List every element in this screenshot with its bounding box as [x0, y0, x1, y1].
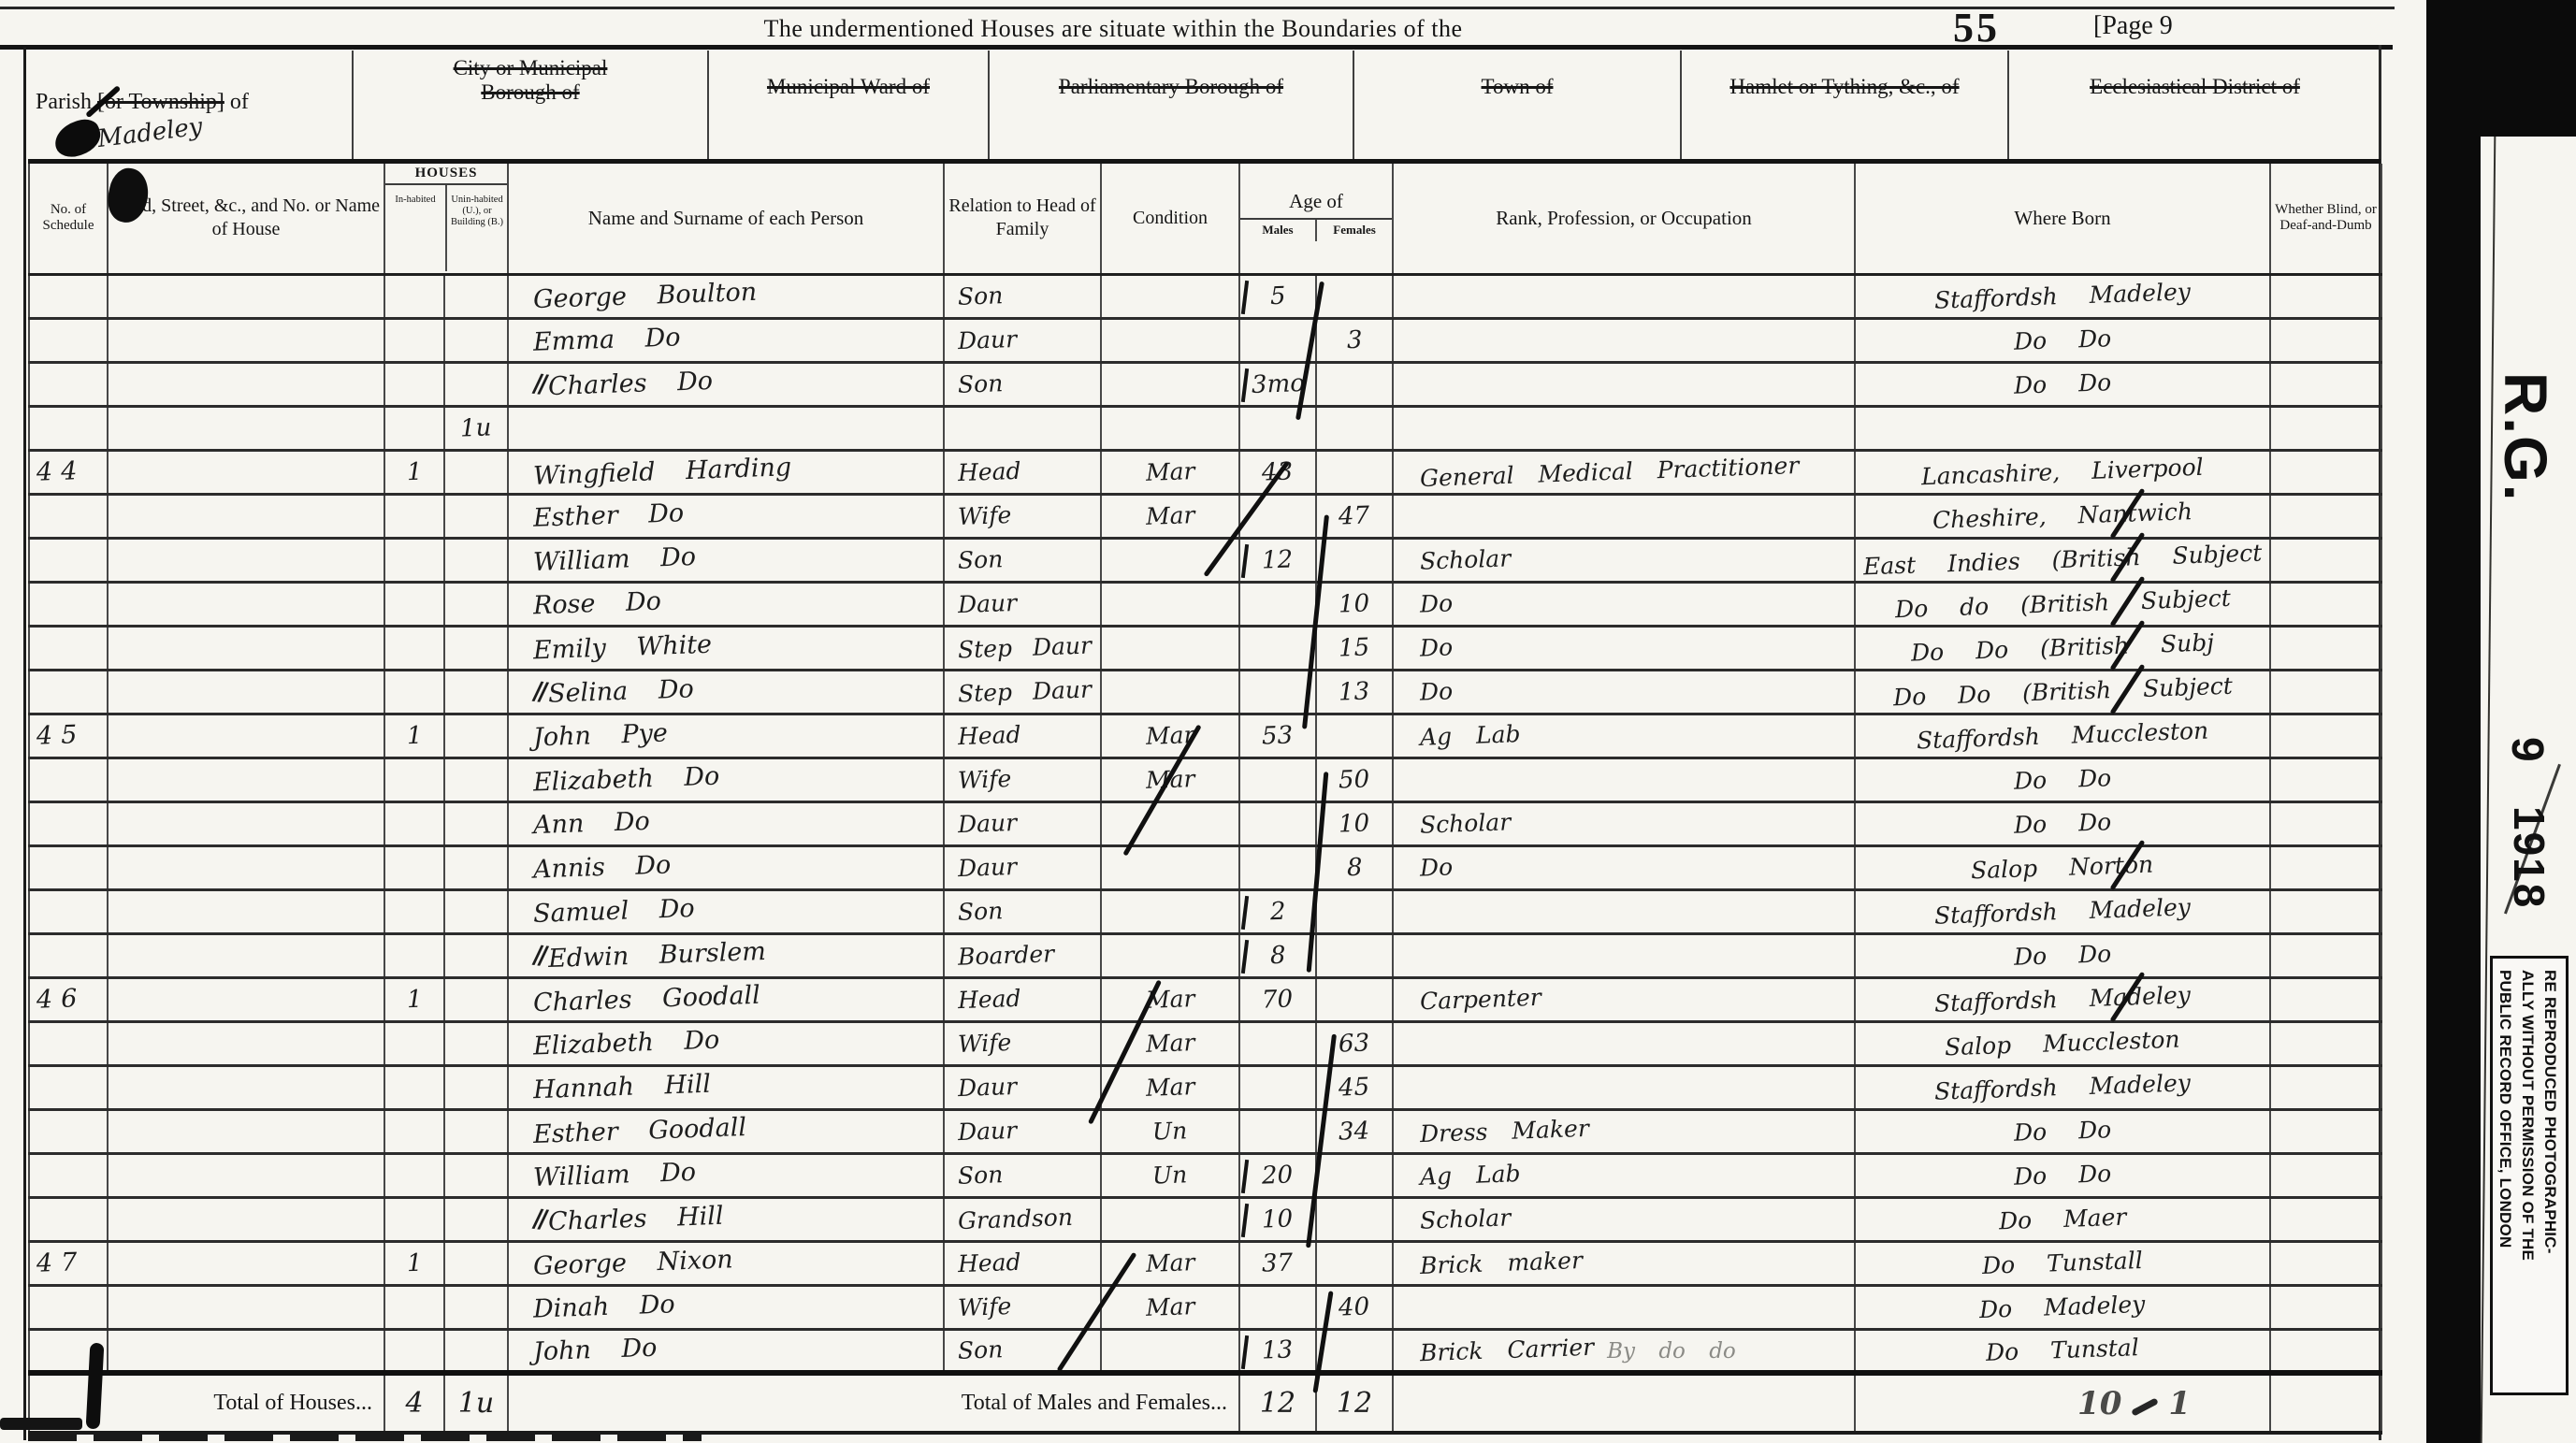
cell-inhabited	[384, 274, 444, 318]
cell-inhabited	[384, 318, 444, 362]
cell-age_m	[1239, 318, 1316, 362]
cell-inhabited	[384, 1021, 444, 1065]
cell-uninhabited	[444, 450, 508, 494]
cell-occupation: Do	[1393, 670, 1855, 714]
col-age-males: Males	[1240, 220, 1317, 241]
cell-age_f: 10	[1316, 582, 1393, 626]
boundary-header-row: Parish [or Township] of Madeley City or …	[28, 51, 2381, 164]
cell-relation: Son	[944, 538, 1101, 582]
cell-born: Salop Norton	[1855, 845, 2270, 889]
cell-name: Wingfield Harding	[508, 450, 944, 494]
col-condition: Condition	[1101, 164, 1239, 274]
person-row: Elizabeth DoWifeMar63Salop Muccleston	[29, 1021, 2381, 1065]
cell-age_m: 8	[1239, 933, 1316, 977]
cell-infirmity	[2270, 582, 2381, 626]
cell-relation: Daur	[944, 845, 1101, 889]
cell-infirmity	[2270, 801, 2381, 845]
cell-born: Staffordsh Madeley	[1855, 1065, 2270, 1109]
cell-born: Do Do	[1855, 1153, 2270, 1197]
cell-infirmity	[2270, 494, 2381, 538]
col-road: Road, Street, &c., and No. or Name of Ho…	[108, 164, 384, 274]
cell-born: Do Do	[1855, 318, 2270, 362]
cell-occupation: Carpenter	[1393, 977, 1855, 1021]
cell-name: William Do	[508, 1153, 944, 1197]
cell-occupation	[1393, 1021, 1855, 1065]
copyright-notice: RE REPRODUCED PHOTOGRAPHIC- ALLY WITHOUT…	[2490, 956, 2569, 1395]
cell-inhabited: 1	[384, 977, 444, 1021]
cell-name: Samuel Do	[508, 889, 944, 933]
cell-schedule	[29, 1021, 108, 1065]
cell-schedule	[29, 1285, 108, 1329]
cell-uninhabited	[444, 1241, 508, 1285]
cell-inhabited	[384, 758, 444, 801]
cell-born: Do Do (British Subject	[1855, 670, 2270, 714]
page-title: The undermentioned Houses are situate wi…	[561, 15, 1665, 43]
person-row: John DoSon13Brick CarrierBy do doDo Tuns…	[29, 1329, 2381, 1373]
person-row: Annis DoDaur8DoSalop Norton	[29, 845, 2381, 889]
cell-name: George Boulton	[508, 274, 944, 318]
cell-infirmity	[2270, 1065, 2381, 1109]
cell-born: Staffordsh Madeley	[1855, 977, 2270, 1021]
cell-road	[108, 933, 384, 977]
person-row: Esther GoodallDaurUn34Dress MakerDo Do	[29, 1109, 2381, 1153]
cell-road	[108, 889, 384, 933]
cell-name: //Charles Do	[508, 362, 944, 406]
cell-born: Do do (British Subject	[1855, 582, 2270, 626]
cell-road	[108, 801, 384, 845]
column-headers: No. of Schedule Road, Street, &c., and N…	[29, 164, 2381, 274]
cell-schedule	[29, 1197, 108, 1241]
cell-relation	[944, 406, 1101, 450]
cell-age_f: 63	[1316, 1021, 1393, 1065]
cell-schedule	[29, 406, 108, 450]
cell-infirmity	[2270, 977, 2381, 1021]
cell-condition	[1101, 845, 1239, 889]
cell-infirmity	[2270, 1197, 2381, 1241]
col-uninhabited: Unin-habited (U.), or Building (B.)	[447, 185, 507, 271]
cell-relation: Son	[944, 1153, 1101, 1197]
cell-condition	[1101, 362, 1239, 406]
cell-occupation: Ag Lab	[1393, 714, 1855, 758]
cell-inhabited: 1	[384, 714, 444, 758]
cell-occupation: General Medical Practitioner	[1393, 450, 1855, 494]
cell-road	[108, 1109, 384, 1153]
cell-name: John Do	[508, 1329, 944, 1373]
cell-schedule	[29, 1153, 108, 1197]
cell-name	[508, 406, 944, 450]
cell-inhabited	[384, 1153, 444, 1197]
totals-infirmity-blank	[2270, 1373, 2381, 1433]
cell-schedule	[29, 362, 108, 406]
age-group-label: Age of	[1240, 164, 1392, 218]
cell-condition	[1101, 406, 1239, 450]
cell-infirmity	[2270, 626, 2381, 670]
census-table: No. of Schedule Road, Street, &c., and N…	[28, 164, 2382, 1435]
person-row: //Charles DoSon3moDo Do	[29, 362, 2381, 406]
cell-name: Elizabeth Do	[508, 1021, 944, 1065]
cell-uninhabited	[444, 1197, 508, 1241]
pencil-number-left: 10	[2077, 1385, 2121, 1422]
person-row: Emma DoDaur3Do Do	[29, 318, 2381, 362]
cell-relation: Daur	[944, 801, 1101, 845]
col-where-born: Where Born	[1855, 164, 2270, 274]
cell-road	[108, 1153, 384, 1197]
col-infirmity: Whether Blind, or Deaf-and-Dumb	[2270, 164, 2381, 274]
cell-born: Cheshire, Nantwich	[1855, 494, 2270, 538]
cell-age_f	[1316, 1153, 1393, 1197]
cell-name: Esther Do	[508, 494, 944, 538]
cell-uninhabited: 1u	[444, 406, 508, 450]
person-row: Ann DoDaur10ScholarDo Do	[29, 801, 2381, 845]
parish-label: Parish [or Township] of	[36, 65, 352, 115]
cell-infirmity	[2270, 1109, 2381, 1153]
cell-infirmity	[2270, 889, 2381, 933]
cell-born: Staffordsh Madeley	[1855, 274, 2270, 318]
cell-relation: Step Daur	[944, 626, 1101, 670]
person-row: 461Charles GoodallHeadMar70CarpenterStaf…	[29, 977, 2381, 1021]
cell-relation: Wife	[944, 494, 1101, 538]
cell-born: Do Do	[1855, 1109, 2270, 1153]
cell-age_f: 8	[1316, 845, 1393, 889]
cell-infirmity	[2270, 714, 2381, 758]
cell-relation: Step Daur	[944, 670, 1101, 714]
cell-schedule	[29, 538, 108, 582]
col-inhabited: In-habited	[385, 185, 447, 271]
district-cell-parliamentary-borough: Parliamentary Borough of	[990, 51, 1354, 159]
cell-condition	[1101, 933, 1239, 977]
cell-age_m	[1239, 406, 1316, 450]
cell-relation: Wife	[944, 1021, 1101, 1065]
district-cell-town: Town of	[1354, 51, 1682, 159]
cell-uninhabited	[444, 670, 508, 714]
cell-age_f	[1316, 1197, 1393, 1241]
cell-infirmity	[2270, 274, 2381, 318]
cell-age_f	[1316, 538, 1393, 582]
cell-uninhabited	[444, 1329, 508, 1373]
cell-uninhabited	[444, 758, 508, 801]
cell-age_f	[1316, 450, 1393, 494]
cell-occupation: Do	[1393, 845, 1855, 889]
cell-road	[108, 845, 384, 889]
cell-born: Salop Muccleston	[1855, 1021, 2270, 1065]
cell-relation: Head	[944, 450, 1101, 494]
cell-age_m: 2	[1239, 889, 1316, 933]
cell-born: Do Do	[1855, 758, 2270, 801]
district-cell-ecclesiastical: Ecclesiastical District of	[2009, 51, 2381, 159]
person-row: //Charles HillGrandson10ScholarDo Maer	[29, 1197, 2381, 1241]
cell-schedule: 45	[29, 714, 108, 758]
title-band: The undermentioned Houses are situate wi…	[0, 9, 2395, 47]
cell-schedule	[29, 845, 108, 889]
person-row: //Selina DoStep Daur13DoDo Do (British S…	[29, 670, 2381, 714]
cell-road	[108, 1021, 384, 1065]
cell-relation: Daur	[944, 582, 1101, 626]
cell-inhabited	[384, 538, 444, 582]
cell-born: Do Do	[1855, 362, 2270, 406]
cell-inhabited	[384, 1109, 444, 1153]
person-row: 451John PyeHeadMar53Ag LabStaffordsh Muc…	[29, 714, 2381, 758]
cell-inhabited	[384, 889, 444, 933]
cell-name: Dinah Do	[508, 1285, 944, 1329]
cell-occupation	[1393, 318, 1855, 362]
cell-age_f	[1316, 889, 1393, 933]
cell-road	[108, 1197, 384, 1241]
cell-condition	[1101, 1329, 1239, 1373]
cell-infirmity	[2270, 1285, 2381, 1329]
cell-schedule: 44	[29, 450, 108, 494]
cell-infirmity	[2270, 406, 2381, 450]
person-row: Esther DoWifeMar47Cheshire, Nantwich	[29, 494, 2381, 538]
cell-road	[108, 626, 384, 670]
district-cell-municipal-ward: Municipal Ward of	[709, 51, 990, 159]
cell-name: George Nixon	[508, 1241, 944, 1285]
cell-born: Do Tunstal	[1855, 1329, 2270, 1373]
cell-name: Annis Do	[508, 845, 944, 889]
cell-born: Do Tunstall	[1855, 1241, 2270, 1285]
cell-road	[108, 538, 384, 582]
cell-road	[108, 318, 384, 362]
cell-age_f	[1316, 406, 1393, 450]
cell-relation: Wife	[944, 1285, 1101, 1329]
cell-name: //Edwin Burslem	[508, 933, 944, 977]
cell-age_m	[1239, 1021, 1316, 1065]
folio-number: 55	[1953, 4, 2000, 51]
cell-age_f	[1316, 362, 1393, 406]
cell-occupation	[1393, 1285, 1855, 1329]
cell-name: Hannah Hill	[508, 1065, 944, 1109]
cell-name: Ann Do	[508, 801, 944, 845]
cell-born: Do Maer	[1855, 1197, 2270, 1241]
piece-number: 1918	[2504, 806, 2554, 909]
cell-inhabited	[384, 801, 444, 845]
cell-road	[108, 714, 384, 758]
cell-uninhabited	[444, 538, 508, 582]
person-row: Hannah HillDaurMar45Staffordsh Madeley	[29, 1065, 2381, 1109]
cell-born: Lancashire, Liverpool	[1855, 450, 2270, 494]
cell-occupation	[1393, 362, 1855, 406]
cell-infirmity	[2270, 1241, 2381, 1285]
person-row: //Edwin BurslemBoarder8Do Do	[29, 933, 2381, 977]
person-row: 1u	[29, 406, 2381, 450]
cell-age_m: 12	[1239, 538, 1316, 582]
cell-schedule	[29, 889, 108, 933]
cell-age_m	[1239, 845, 1316, 889]
pen-stroke	[2131, 1398, 2159, 1417]
cell-condition	[1101, 274, 1239, 318]
person-row: Samuel DoSon2Staffordsh Madeley	[29, 889, 2381, 933]
cell-condition: Un	[1101, 1153, 1239, 1197]
cell-infirmity	[2270, 362, 2381, 406]
cell-schedule	[29, 494, 108, 538]
cell-age_m	[1239, 758, 1316, 801]
cell-occupation: Dress Maker	[1393, 1109, 1855, 1153]
cell-road	[108, 494, 384, 538]
cell-infirmity	[2270, 538, 2381, 582]
cell-infirmity	[2270, 670, 2381, 714]
cell-road	[108, 1241, 384, 1285]
col-relation: Relation to Head of Family	[944, 164, 1101, 274]
pencil-tally: 101	[1855, 1373, 2270, 1433]
copyright-notice-line: RE REPRODUCED PHOTOGRAPHIC-	[2539, 970, 2561, 1381]
cell-inhabited	[384, 1329, 444, 1373]
person-row: Dinah DoWifeMar40Do Madeley	[29, 1285, 2381, 1329]
cell-born: Staffordsh Madeley	[1855, 889, 2270, 933]
cell-road	[108, 1285, 384, 1329]
cell-uninhabited	[444, 977, 508, 1021]
cell-occupation: Do	[1393, 626, 1855, 670]
cell-schedule	[29, 801, 108, 845]
pencil-note: By do do	[1607, 1339, 1736, 1364]
cell-occupation	[1393, 933, 1855, 977]
cell-name: //Charles Hill	[508, 1197, 944, 1241]
cell-age_m	[1239, 1109, 1316, 1153]
totals-row: Total of Houses... 4 1u Total of Males a…	[29, 1373, 2381, 1433]
total-males-females-label: Total of Males and Females...	[508, 1373, 1239, 1433]
cell-age_f	[1316, 714, 1393, 758]
cell-occupation	[1393, 758, 1855, 801]
rg-series-label: R.G.	[2491, 372, 2560, 503]
total-females: 12	[1316, 1373, 1393, 1433]
cell-condition: Mar	[1101, 450, 1239, 494]
cell-inhabited	[384, 1197, 444, 1241]
cell-inhabited: 1	[384, 450, 444, 494]
cell-schedule	[29, 933, 108, 977]
cell-inhabited	[384, 845, 444, 889]
cell-infirmity	[2270, 758, 2381, 801]
cell-infirmity	[2270, 450, 2381, 494]
cell-relation: Boarder	[944, 933, 1101, 977]
cell-relation: Son	[944, 889, 1101, 933]
cell-name: Emily White	[508, 626, 944, 670]
cell-condition	[1101, 582, 1239, 626]
cell-schedule	[29, 758, 108, 801]
cell-occupation: Brick CarrierBy do do	[1393, 1329, 1855, 1373]
cell-occupation	[1393, 494, 1855, 538]
cell-schedule	[29, 1109, 108, 1153]
copyright-notice-line: ALLY WITHOUT PERMISSION OF THE	[2516, 970, 2539, 1381]
cell-uninhabited	[444, 362, 508, 406]
cell-infirmity	[2270, 318, 2381, 362]
cell-relation: Son	[944, 274, 1101, 318]
cell-road	[108, 450, 384, 494]
cell-uninhabited	[444, 845, 508, 889]
film-strip	[2426, 0, 2481, 1443]
cell-infirmity	[2270, 845, 2381, 889]
cell-name: //Selina Do	[508, 670, 944, 714]
cell-age_m	[1239, 582, 1316, 626]
cell-age_m	[1239, 1065, 1316, 1109]
cell-schedule	[29, 670, 108, 714]
cell-schedule	[29, 274, 108, 318]
cell-age_m: 10	[1239, 1197, 1316, 1241]
total-houses-inhabited: 4	[384, 1373, 444, 1433]
census-rows: George BoultonSon5Staffordsh MadeleyEmma…	[29, 274, 2381, 1373]
col-age-females: Females	[1317, 220, 1392, 241]
cell-infirmity	[2270, 1329, 2381, 1373]
cell-born: Do Do	[1855, 801, 2270, 845]
cell-inhabited	[384, 1065, 444, 1109]
cell-uninhabited	[444, 582, 508, 626]
cell-inhabited	[384, 626, 444, 670]
cell-condition: Mar	[1101, 1241, 1239, 1285]
cell-road	[108, 758, 384, 801]
cell-age_f	[1316, 977, 1393, 1021]
cell-occupation	[1393, 406, 1855, 450]
cell-relation: Daur	[944, 1109, 1101, 1153]
cell-inhabited	[384, 582, 444, 626]
cell-condition	[1101, 1197, 1239, 1241]
cell-condition: Mar	[1101, 1285, 1239, 1329]
census-scan: The undermentioned Houses are situate wi…	[0, 0, 2576, 1443]
total-houses-uninhabited: 1u	[444, 1373, 508, 1433]
district-cell-hamlet: Hamlet or Tything, &c., of	[1682, 51, 2009, 159]
totals-occupation-blank	[1393, 1373, 1855, 1433]
cell-uninhabited	[444, 1285, 508, 1329]
scan-artifact	[0, 1418, 82, 1430]
cell-age_f	[1316, 274, 1393, 318]
cell-schedule	[29, 626, 108, 670]
cell-uninhabited	[444, 318, 508, 362]
cell-name: Elizabeth Do	[508, 758, 944, 801]
cell-condition	[1101, 670, 1239, 714]
cell-uninhabited	[444, 1153, 508, 1197]
cell-inhabited	[384, 933, 444, 977]
cell-condition	[1101, 318, 1239, 362]
cell-born: Staffordsh Muccleston	[1855, 714, 2270, 758]
cell-uninhabited	[444, 933, 508, 977]
cell-inhabited	[384, 362, 444, 406]
cell-road	[108, 406, 384, 450]
cell-relation: Head	[944, 1241, 1101, 1285]
cell-occupation: Scholar	[1393, 538, 1855, 582]
cell-age_m	[1239, 1285, 1316, 1329]
cell-infirmity	[2270, 1153, 2381, 1197]
cell-condition: Mar	[1101, 977, 1239, 1021]
cell-inhabited	[384, 670, 444, 714]
cell-occupation: Brick maker	[1393, 1241, 1855, 1285]
cell-relation: Daur	[944, 1065, 1101, 1109]
cell-age_f	[1316, 933, 1393, 977]
cell-uninhabited	[444, 1109, 508, 1153]
cell-born: Do Do (British Subj	[1855, 626, 2270, 670]
person-row: William DoSonUn20Ag LabDo Do	[29, 1153, 2381, 1197]
cell-age_f: 15	[1316, 626, 1393, 670]
person-row: Emily WhiteStep Daur15DoDo Do (British S…	[29, 626, 2381, 670]
cell-born: East Indies (British Subject	[1855, 538, 2270, 582]
cell-relation: Daur	[944, 318, 1101, 362]
total-males: 12	[1239, 1373, 1316, 1433]
cell-uninhabited	[444, 801, 508, 845]
class-number: 9	[2501, 737, 2553, 762]
cell-condition	[1101, 801, 1239, 845]
cell-condition	[1101, 889, 1239, 933]
cell-road	[108, 1065, 384, 1109]
cell-age_m: 70	[1239, 977, 1316, 1021]
cell-relation: Head	[944, 714, 1101, 758]
cell-uninhabited	[444, 1065, 508, 1109]
cell-uninhabited	[444, 1021, 508, 1065]
person-row: 471George NixonHeadMar37Brick makerDo Tu…	[29, 1241, 2381, 1285]
cell-inhabited	[384, 1285, 444, 1329]
person-row: 441Wingfield HardingHeadMar43General Med…	[29, 450, 2381, 494]
cell-schedule: 46	[29, 977, 108, 1021]
cell-age_f: 13	[1316, 670, 1393, 714]
cell-condition: Mar	[1101, 1065, 1239, 1109]
cell-name: Esther Goodall	[508, 1109, 944, 1153]
page-label: [Page 9	[2093, 11, 2173, 41]
cell-age_f: 10	[1316, 801, 1393, 845]
cell-inhabited: 1	[384, 1241, 444, 1285]
